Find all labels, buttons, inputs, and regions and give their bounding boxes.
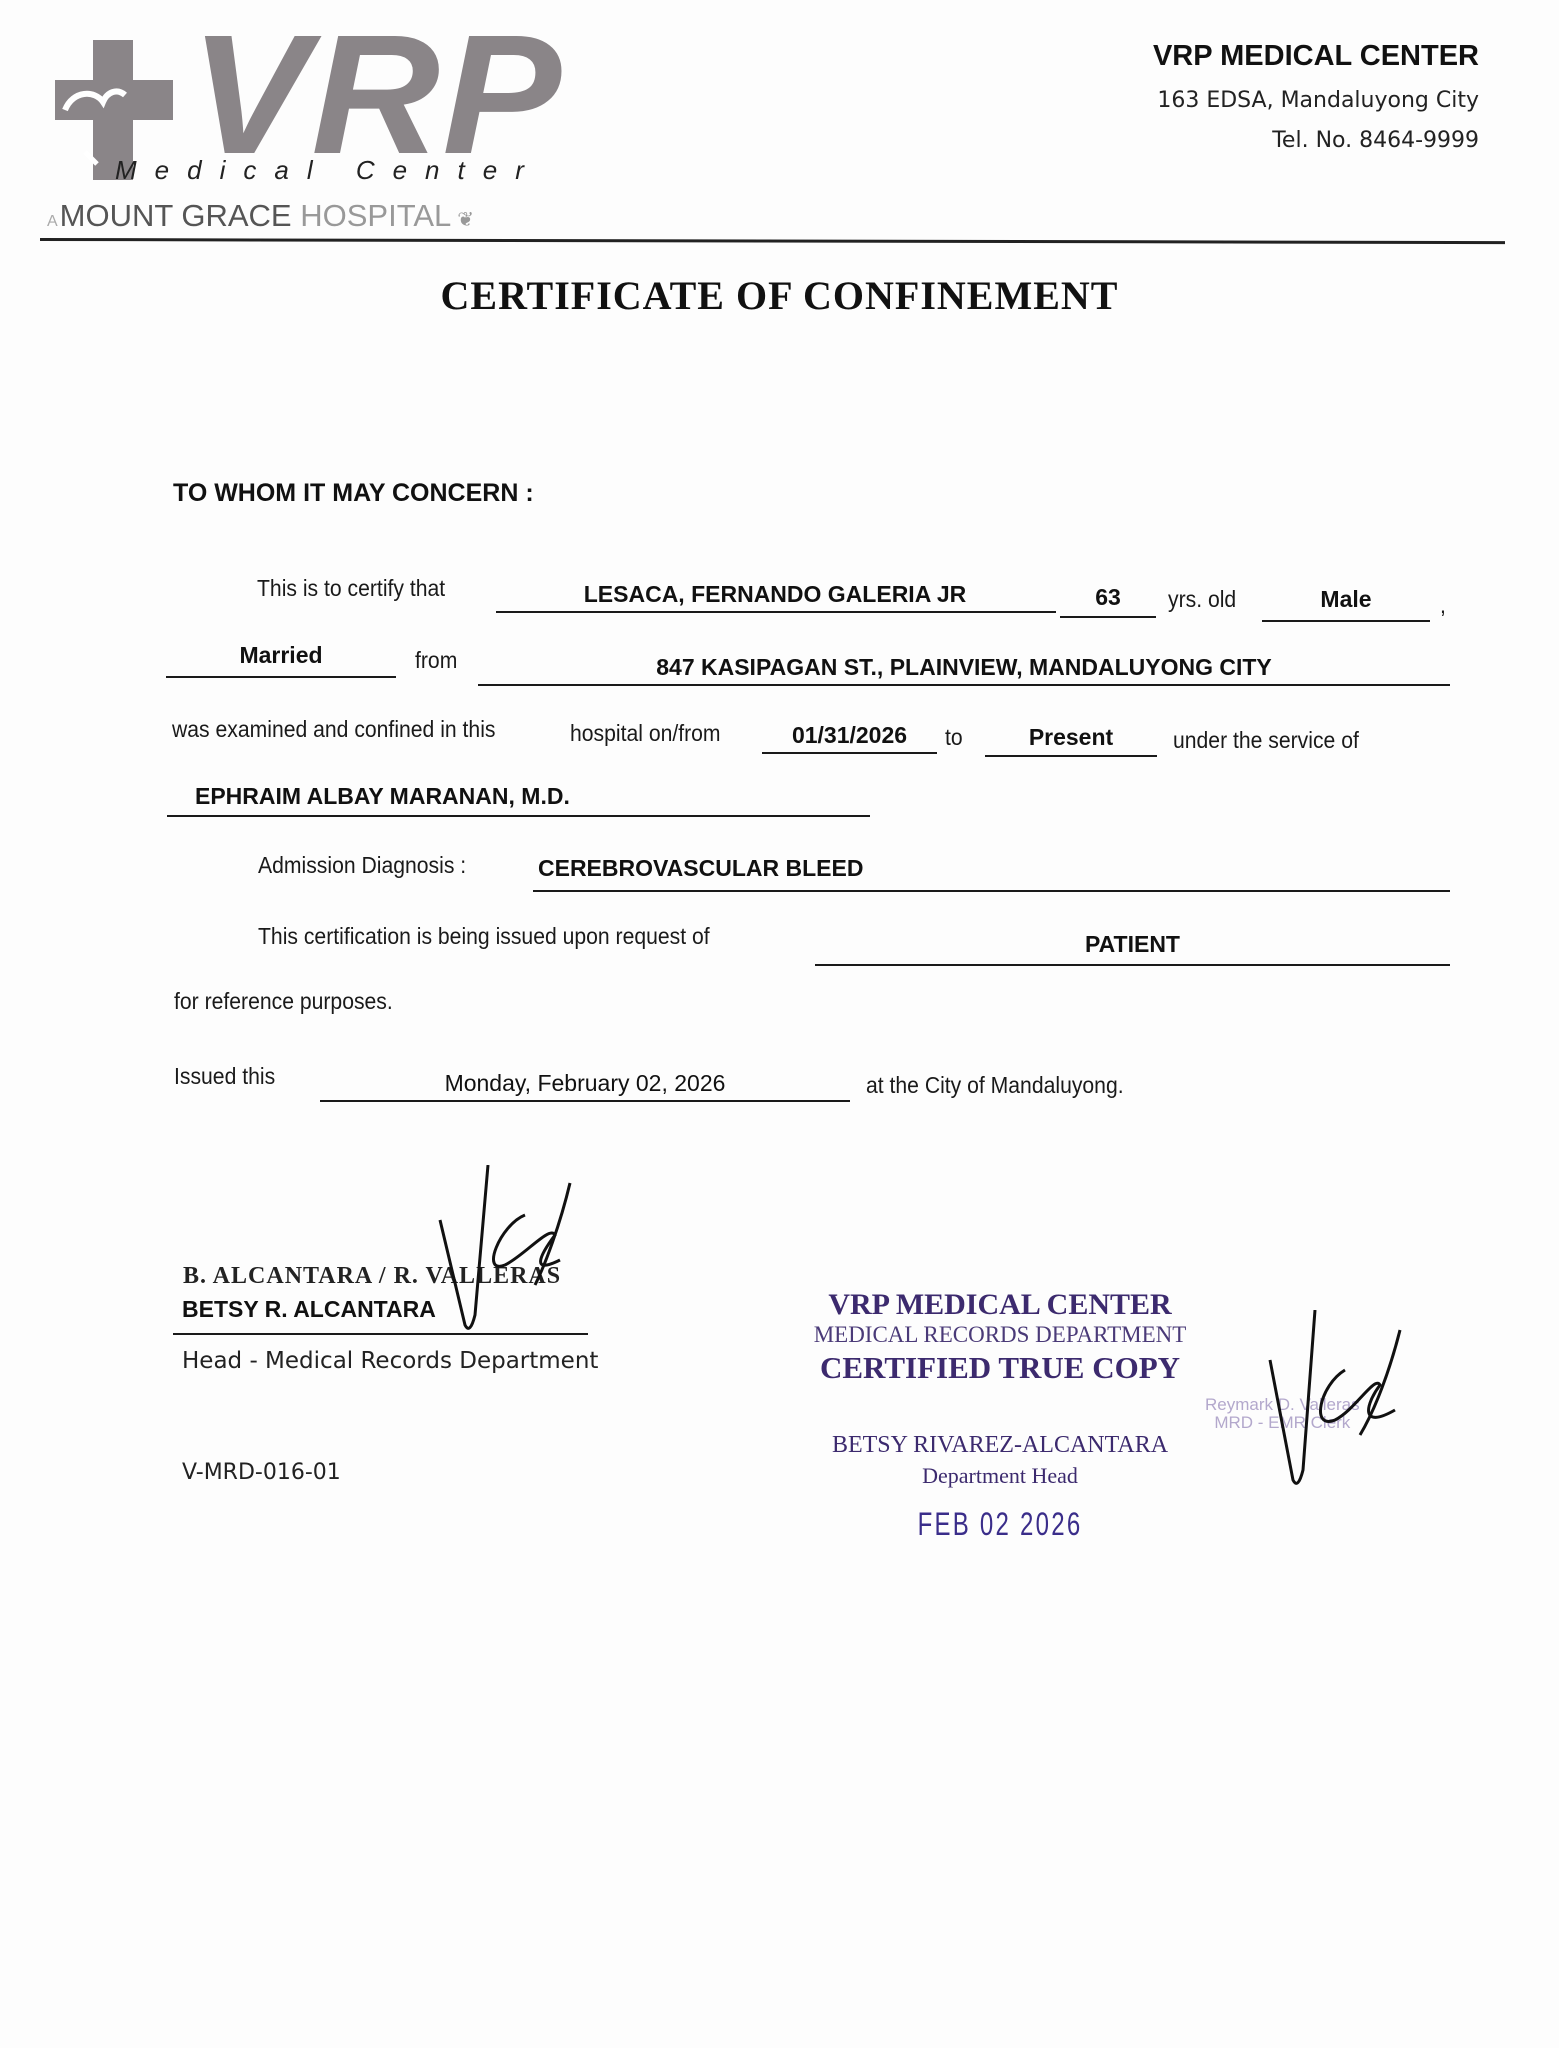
- logo-affiliation: AMOUNT GRACE HOSPITAL❦: [47, 198, 474, 234]
- signatory-title: Head - Medical Records Department: [182, 1348, 598, 1374]
- patient-age: 63: [1060, 584, 1156, 611]
- header-address: 163 EDSA, Mandaluyong City: [1157, 88, 1479, 113]
- requested-by: PATIENT: [815, 931, 1450, 958]
- physician-underline: [167, 815, 870, 817]
- issued-date: Monday, February 02, 2026: [320, 1070, 850, 1097]
- stamp-head-title: Department Head: [790, 1463, 1210, 1489]
- label-issued-request: This certification is being issued upon …: [258, 923, 710, 950]
- label-to: to: [945, 724, 963, 751]
- patient-address: 847 KASIPAGAN ST., PLAINVIEW, MANDALUYON…: [478, 654, 1450, 681]
- stamp-hospital-name: VRP MEDICAL CENTER: [790, 1288, 1210, 1322]
- civil-status-underline: [166, 676, 396, 678]
- signature-icon: [430, 1165, 590, 1340]
- stamp-date: FEB 02 2026: [843, 1506, 1158, 1543]
- label-admission-diagnosis: Admission Diagnosis :: [258, 852, 466, 879]
- label-examined: was examined and confined in this: [172, 716, 495, 743]
- stamp-certified-true-copy: CERTIFIED TRUE COPY: [790, 1350, 1210, 1386]
- label-yrs-old: yrs. old: [1168, 586, 1236, 613]
- date-from: 01/31/2026: [762, 722, 937, 749]
- label-hospital-on-from: hospital on/from: [570, 720, 721, 747]
- date-to: Present: [985, 724, 1157, 751]
- signatory-name: BETSY R. ALCANTARA: [182, 1296, 436, 1323]
- issued-date-underline: [320, 1100, 850, 1102]
- document-title: CERTIFICATE OF CONFINEMENT: [0, 272, 1559, 319]
- patient-name-underline: [496, 611, 1056, 613]
- date-from-underline: [762, 752, 937, 754]
- civil-status: Married: [166, 642, 396, 669]
- comma: ,: [1440, 592, 1446, 619]
- header-telephone: Tel. No. 8464-9999: [1272, 128, 1479, 153]
- address-underline: [478, 684, 1450, 686]
- label-certify: This is to certify that: [257, 575, 445, 602]
- affiliation-prefix: A: [47, 213, 58, 230]
- attending-physician: EPHRAIM ALBAY MARANAN, M.D.: [195, 783, 570, 810]
- requested-by-underline: [815, 964, 1450, 966]
- age-underline: [1060, 616, 1156, 618]
- label-reference: for reference purposes.: [174, 988, 393, 1015]
- stamp-department: MEDICAL RECORDS DEPARTMENT: [770, 1322, 1230, 1348]
- diagnosis-underline: [533, 890, 1450, 892]
- label-from: from: [415, 647, 457, 674]
- hospital-logo: VRP Medical Center AMOUNT GRACE HOSPITAL…: [55, 30, 595, 240]
- label-under-service: under the service of: [1173, 727, 1359, 754]
- label-at-city: at the City of Mandaluyong.: [866, 1072, 1124, 1099]
- form-code: V-MRD-016-01: [182, 1460, 341, 1485]
- date-to-underline: [985, 755, 1157, 757]
- affiliation-hospital: HOSPITAL: [300, 198, 451, 233]
- leaf-icon: ❦: [457, 209, 474, 231]
- logo-subtitle: Medical Center: [115, 155, 542, 186]
- label-issued-this: Issued this: [174, 1063, 275, 1090]
- patient-sex: Male: [1262, 586, 1430, 613]
- sex-underline: [1262, 620, 1430, 622]
- header-hospital-name: VRP MEDICAL CENTER: [1153, 40, 1479, 73]
- admission-diagnosis: CEREBROVASCULAR BLEED: [538, 855, 863, 882]
- salutation: TO WHOM IT MAY CONCERN :: [173, 479, 534, 508]
- patient-name: LESACA, FERNANDO GALERIA JR: [495, 581, 1055, 608]
- stamp-head-name: BETSY RIVAREZ-ALCANTARA: [790, 1432, 1210, 1459]
- affiliation-main: MOUNT GRACE: [60, 198, 292, 233]
- header-divider: [40, 238, 1505, 244]
- stamp-signature-icon: [1265, 1310, 1415, 1495]
